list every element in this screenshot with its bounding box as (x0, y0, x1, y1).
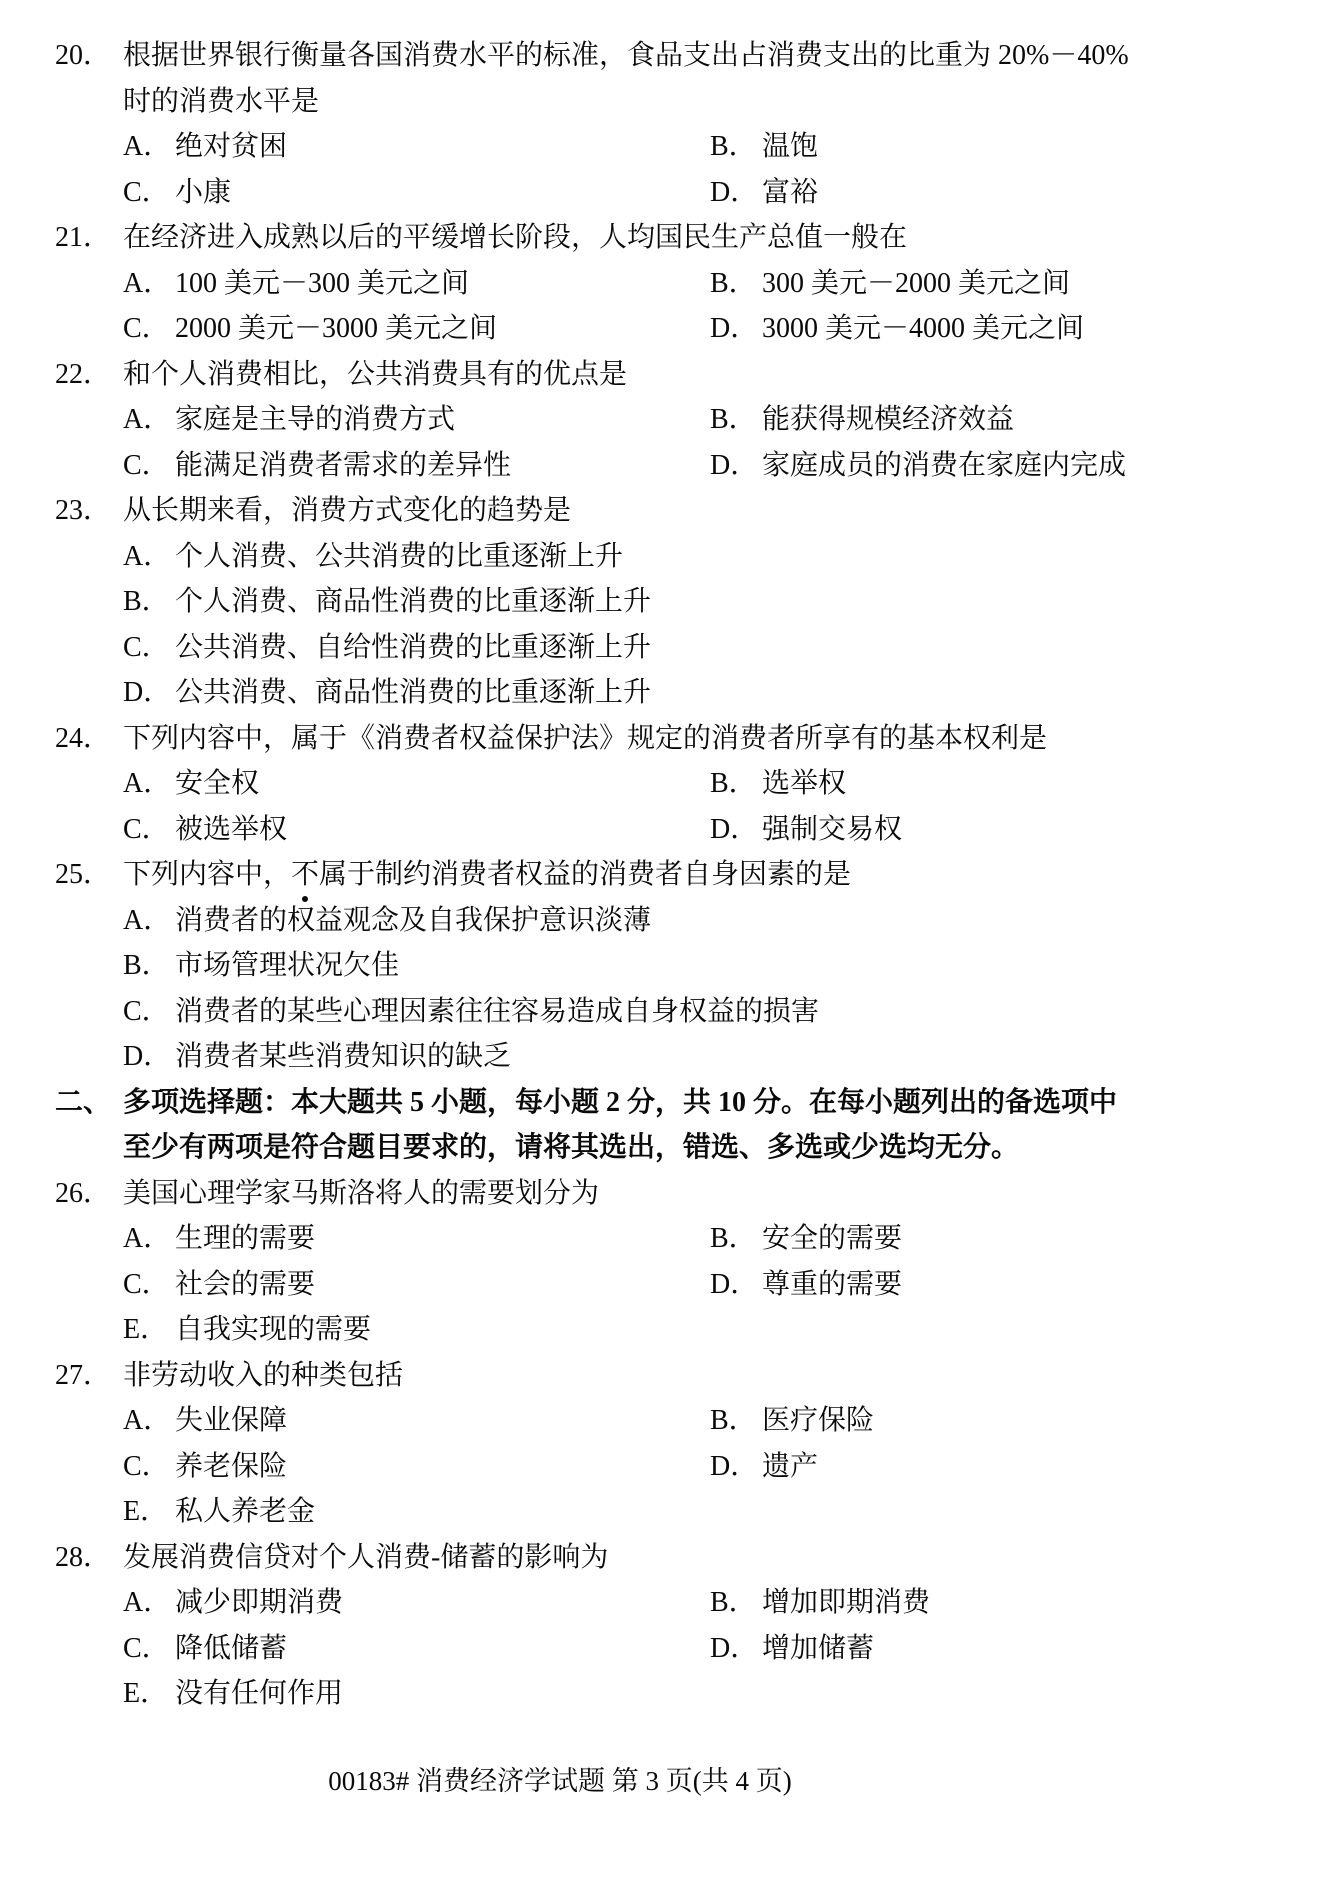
option-label: D． (710, 443, 762, 489)
option-label: A． (123, 534, 175, 580)
question-20: 20．根据世界银行衡量各国消费水平的标准，食品支出占消费支出的比重为 20%－4… (0, 33, 1328, 215)
option-label: D． (123, 1034, 175, 1080)
option-label: C． (123, 443, 175, 489)
option-c: C．小康 (123, 170, 710, 216)
option-text: 失业保障 (175, 1405, 287, 1436)
option-label: D． (710, 170, 762, 216)
option-label: B． (710, 761, 762, 807)
option-label: A． (123, 397, 175, 443)
option-text: 降低储蓄 (175, 1633, 287, 1664)
option-text: 减少即期消费 (175, 1587, 343, 1618)
option-text: 个人消费、公共消费的比重逐渐上升 (175, 541, 623, 572)
option-text: 家庭成员的消费在家庭内完成 (762, 450, 1126, 481)
question-24: 24．下列内容中，属于《消费者权益保护法》规定的消费者所享有的基本权利是 A．安… (0, 716, 1328, 853)
option-label: C． (123, 989, 175, 1035)
option-text: 能满足消费者需求的差异性 (175, 450, 511, 481)
option-text: 消费者的某些心理因素往往容易造成自身权益的损害 (175, 996, 819, 1027)
option-text: 生理的需要 (175, 1223, 315, 1254)
option-label: A． (123, 124, 175, 170)
option-d: D．公共消费、商品性消费的比重逐渐上升 (123, 670, 1328, 716)
option-c: C．能满足消费者需求的差异性 (123, 443, 710, 489)
question-stem: 22．和个人消费相比，公共消费具有的优点是 (123, 352, 1328, 398)
section-marker: 二、 (55, 1080, 123, 1126)
option-text: 遗产 (762, 1451, 818, 1482)
option-b: B．温饱 (710, 124, 1328, 170)
stem-text: 从长期来看，消费方式变化的趋势是 (123, 495, 571, 526)
option-label: C． (123, 1262, 175, 1308)
stem-text: 发展消费信贷对个人消费-储蓄的影响为 (123, 1542, 608, 1573)
question-stem: 25．下列内容中，不属于制约消费者权益的消费者自身因素的是 (123, 852, 1328, 898)
option-a: A．消费者的权益观念及自我保护意识淡薄 (123, 898, 1328, 944)
option-label: B． (710, 261, 762, 307)
question-number: 26． (55, 1171, 123, 1217)
option-label: C． (123, 1444, 175, 1490)
option-a: A．绝对贫困 (123, 124, 710, 170)
option-text: 自我实现的需要 (175, 1314, 371, 1345)
option-label: B． (710, 1398, 762, 1444)
question-number: 23． (55, 488, 123, 534)
option-c: C．被选举权 (123, 807, 710, 853)
question-27: 27．非劳动收入的种类包括 A．失业保障 B．医疗保险 C．养老保险 D．遗产 … (0, 1353, 1328, 1535)
option-a: A．生理的需要 (123, 1216, 710, 1262)
option-label: B． (123, 579, 175, 625)
option-d: D．3000 美元－4000 美元之间 (710, 306, 1328, 352)
option-text: 绝对贫困 (175, 131, 287, 162)
question-number: 28． (55, 1535, 123, 1581)
options: A．绝对贫困 B．温饱 C．小康 D．富裕 (123, 124, 1328, 215)
options: A．失业保障 B．医疗保险 C．养老保险 D．遗产 E．私人养老金 (123, 1398, 1328, 1535)
option-text: 家庭是主导的消费方式 (175, 404, 455, 435)
page-footer: 00183# 消费经济学试题 第 3 页(共 4 页) (0, 1759, 1120, 1805)
option-e: E．私人养老金 (123, 1489, 710, 1535)
options: A．消费者的权益观念及自我保护意识淡薄 B．市场管理状况欠佳 C．消费者的某些心… (123, 898, 1328, 1080)
stem-text: 下列内容中，属于《消费者权益保护法》规定的消费者所享有的基本权利是 (123, 723, 1047, 754)
option-text: 公共消费、商品性消费的比重逐渐上升 (175, 677, 651, 708)
option-label: D． (710, 1262, 762, 1308)
option-d: D．富裕 (710, 170, 1328, 216)
stem-text: 下列内容中， (123, 859, 291, 890)
exam-page: 20．根据世界银行衡量各国消费水平的标准，食品支出占消费支出的比重为 20%－4… (0, 0, 1328, 1804)
emphasized-character: 不 (291, 852, 319, 898)
option-a: A．家庭是主导的消费方式 (123, 397, 710, 443)
option-label: D． (710, 807, 762, 853)
option-label: B． (710, 124, 762, 170)
option-text: 安全权 (175, 768, 259, 799)
option-label: C． (123, 170, 175, 216)
question-stem: 27．非劳动收入的种类包括 (123, 1353, 1328, 1399)
option-text: 医疗保险 (762, 1405, 874, 1436)
question-stem: 21．在经济进入成熟以后的平缓增长阶段，人均国民生产总值一般在 (123, 215, 1328, 261)
options: A．家庭是主导的消费方式 B．能获得规模经济效益 C．能满足消费者需求的差异性 … (123, 397, 1328, 488)
stem-text: 和个人消费相比，公共消费具有的优点是 (123, 359, 627, 390)
question-number: 20． (55, 33, 123, 79)
option-d: D．增加储蓄 (710, 1626, 1328, 1672)
option-c: C．养老保险 (123, 1444, 710, 1490)
question-22: 22．和个人消费相比，公共消费具有的优点是 A．家庭是主导的消费方式 B．能获得… (0, 352, 1328, 489)
option-text: 尊重的需要 (762, 1269, 902, 1300)
option-d: D．家庭成员的消费在家庭内完成 (710, 443, 1328, 489)
option-label: A． (123, 761, 175, 807)
option-a: A．减少即期消费 (123, 1580, 710, 1626)
option-label: E． (123, 1489, 175, 1535)
option-text: 选举权 (762, 768, 846, 799)
option-a: A．100 美元－300 美元之间 (123, 261, 710, 307)
option-b: B．安全的需要 (710, 1216, 1328, 1262)
option-b: B．选举权 (710, 761, 1328, 807)
question-number: 27． (55, 1353, 123, 1399)
option-label: A． (123, 1398, 175, 1444)
option-label: C． (123, 625, 175, 671)
section-header-line: 二、多项选择题：本大题共 5 小题，每小题 2 分，共 10 分。在每小题列出的… (123, 1080, 1328, 1126)
option-d: D．尊重的需要 (710, 1262, 1328, 1308)
option-text: 增加储蓄 (762, 1633, 874, 1664)
option-text: 公共消费、自给性消费的比重逐渐上升 (175, 632, 651, 663)
options: A．100 美元－300 美元之间 B．300 美元－2000 美元之间 C．2… (123, 261, 1328, 352)
option-label: E． (123, 1671, 175, 1717)
option-label: B． (123, 943, 175, 989)
stem-text: 非劳动收入的种类包括 (123, 1360, 403, 1391)
option-text: 消费者的权益观念及自我保护意识淡薄 (175, 905, 651, 936)
option-label: C． (123, 1626, 175, 1672)
option-d: D．强制交易权 (710, 807, 1328, 853)
option-label: B． (710, 397, 762, 443)
option-label: D． (710, 1444, 762, 1490)
option-text: 小康 (175, 177, 231, 208)
option-d: D．遗产 (710, 1444, 1328, 1490)
option-label: D． (123, 670, 175, 716)
option-c: C．消费者的某些心理因素往往容易造成自身权益的损害 (123, 989, 1328, 1035)
question-stem: 26．美国心理学家马斯洛将人的需要划分为 (123, 1171, 1328, 1217)
option-e: E．没有任何作用 (123, 1671, 710, 1717)
option-c: C．降低储蓄 (123, 1626, 710, 1672)
question-26: 26．美国心理学家马斯洛将人的需要划分为 A．生理的需要 B．安全的需要 C．社… (0, 1171, 1328, 1353)
option-text: 社会的需要 (175, 1269, 315, 1300)
option-label: B． (710, 1216, 762, 1262)
option-a: A．安全权 (123, 761, 710, 807)
option-label: A． (123, 898, 175, 944)
stem-text: 在经济进入成熟以后的平缓增长阶段，人均国民生产总值一般在 (123, 222, 907, 253)
option-label: B． (710, 1580, 762, 1626)
section-text: 多项选择题：本大题共 5 小题，每小题 2 分，共 10 分。在每小题列出的备选… (123, 1087, 1117, 1118)
option-text: 2000 美元－3000 美元之间 (175, 313, 497, 344)
options: A．生理的需要 B．安全的需要 C．社会的需要 D．尊重的需要 E．自我实现的需… (123, 1216, 1328, 1353)
question-stem: 24．下列内容中，属于《消费者权益保护法》规定的消费者所享有的基本权利是 (123, 716, 1328, 762)
option-b: B．个人消费、商品性消费的比重逐渐上升 (123, 579, 1328, 625)
option-c: C．2000 美元－3000 美元之间 (123, 306, 710, 352)
options: A．个人消费、公共消费的比重逐渐上升 B．个人消费、商品性消费的比重逐渐上升 C… (123, 534, 1328, 716)
option-text: 被选举权 (175, 814, 287, 845)
option-b: B．增加即期消费 (710, 1580, 1328, 1626)
options: A．安全权 B．选举权 C．被选举权 D．强制交易权 (123, 761, 1328, 852)
option-a: A．失业保障 (123, 1398, 710, 1444)
option-label: E． (123, 1307, 175, 1353)
option-d: D．消费者某些消费知识的缺乏 (123, 1034, 1328, 1080)
stem-text-continued: 时的消费水平是 (123, 79, 1328, 125)
question-28: 28．发展消费信贷对个人消费-储蓄的影响为 A．减少即期消费 B．增加即期消费 … (0, 1535, 1328, 1717)
option-c: C．公共消费、自给性消费的比重逐渐上升 (123, 625, 1328, 671)
option-text: 富裕 (762, 177, 818, 208)
question-number: 24． (55, 716, 123, 762)
option-b: B．市场管理状况欠佳 (123, 943, 1328, 989)
question-stem: 20．根据世界银行衡量各国消费水平的标准，食品支出占消费支出的比重为 20%－4… (123, 33, 1328, 79)
option-text: 安全的需要 (762, 1223, 902, 1254)
option-a: A．个人消费、公共消费的比重逐渐上升 (123, 534, 1328, 580)
option-e: E．自我实现的需要 (123, 1307, 710, 1353)
question-stem: 23．从长期来看，消费方式变化的趋势是 (123, 488, 1328, 534)
stem-text: 美国心理学家马斯洛将人的需要划分为 (123, 1178, 599, 1209)
question-stem: 28．发展消费信贷对个人消费-储蓄的影响为 (123, 1535, 1328, 1581)
option-label: D． (710, 306, 762, 352)
options: A．减少即期消费 B．增加即期消费 C．降低储蓄 D．增加储蓄 E．没有任何作用 (123, 1580, 1328, 1717)
option-text: 没有任何作用 (175, 1678, 343, 1709)
option-label: C． (123, 306, 175, 352)
option-label: A． (123, 261, 175, 307)
option-label: A． (123, 1216, 175, 1262)
question-23: 23．从长期来看，消费方式变化的趋势是 A．个人消费、公共消费的比重逐渐上升 B… (0, 488, 1328, 716)
option-c: C．社会的需要 (123, 1262, 710, 1308)
option-b: B．能获得规模经济效益 (710, 397, 1328, 443)
option-text: 100 美元－300 美元之间 (175, 268, 469, 299)
option-text: 市场管理状况欠佳 (175, 950, 399, 981)
option-text: 养老保险 (175, 1451, 287, 1482)
stem-text: 根据世界银行衡量各国消费水平的标准，食品支出占消费支出的比重为 20%－40% (123, 40, 1129, 71)
option-text: 增加即期消费 (762, 1587, 930, 1618)
question-number: 21． (55, 215, 123, 261)
option-text: 强制交易权 (762, 814, 902, 845)
option-text: 温饱 (762, 131, 818, 162)
option-label: D． (710, 1626, 762, 1672)
option-text: 个人消费、商品性消费的比重逐渐上升 (175, 586, 651, 617)
option-label: C． (123, 807, 175, 853)
stem-text: 属于制约消费者权益的消费者自身因素的是 (319, 859, 851, 890)
option-text: 300 美元－2000 美元之间 (762, 268, 1070, 299)
option-text: 3000 美元－4000 美元之间 (762, 313, 1084, 344)
option-text: 私人养老金 (175, 1496, 315, 1527)
question-21: 21．在经济进入成熟以后的平缓增长阶段，人均国民生产总值一般在 A．100 美元… (0, 215, 1328, 352)
section-text-continued: 至少有两项是符合题目要求的，请将其选出，错选、多选或少选均无分。 (123, 1125, 1328, 1171)
section-2-header: 二、多项选择题：本大题共 5 小题，每小题 2 分，共 10 分。在每小题列出的… (0, 1080, 1328, 1171)
option-label: A． (123, 1580, 175, 1626)
option-b: B．300 美元－2000 美元之间 (710, 261, 1328, 307)
option-text: 消费者某些消费知识的缺乏 (175, 1041, 511, 1072)
question-number: 25． (55, 852, 123, 898)
option-b: B．医疗保险 (710, 1398, 1328, 1444)
question-number: 22． (55, 352, 123, 398)
option-text: 能获得规模经济效益 (762, 404, 1014, 435)
question-25: 25．下列内容中，不属于制约消费者权益的消费者自身因素的是 A．消费者的权益观念… (0, 852, 1328, 1080)
